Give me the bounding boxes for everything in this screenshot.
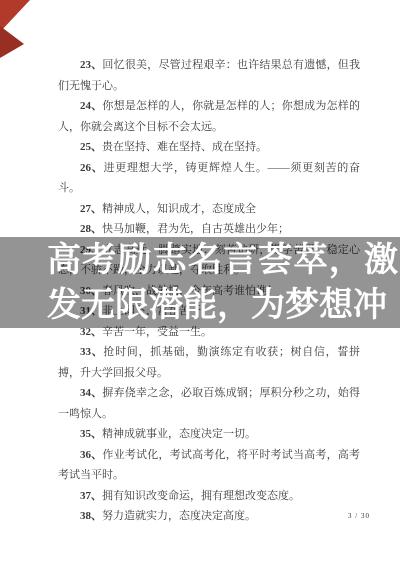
quote-number: 24、 <box>80 100 102 112</box>
page-number: 3 / 30 <box>348 512 370 520</box>
quote-text: 你想是怎样的人，你就是怎样的人；你想成为怎样的人，你就会离这个目标不会太远。 <box>58 100 360 133</box>
quote-text: 精神成人，知识成才，态度成全 <box>102 203 256 215</box>
quote-number: 38、 <box>80 510 102 522</box>
quote-item: 24、你想是怎样的人，你就是怎样的人；你想成为怎样的人，你就会离这个目标不会太远… <box>58 96 360 137</box>
quote-item: 37、拥有知识改变命运，拥有理想改变态度。 <box>58 486 360 507</box>
quote-text: 努力造就实力，态度决定高度。 <box>102 510 256 522</box>
quote-text: 贵在坚持、难在坚持、成在坚持。 <box>102 141 267 153</box>
quote-number: 34、 <box>80 387 102 399</box>
quote-number: 28、 <box>80 223 102 235</box>
quote-text: 精神成就事业，态度决定一切。 <box>102 428 256 440</box>
quote-number: 35、 <box>80 428 102 440</box>
quote-item: 33、抢时间，抓基础，勤演练定有收获；树自信，誓拼搏，升大学回报父母。 <box>58 342 360 383</box>
quote-number: 27、 <box>80 203 102 215</box>
quote-item: 25、贵在坚持、难在坚持、成在坚持。 <box>58 137 360 158</box>
quote-item: 26、进更理想大学，铸更辉煌人生。——须更刻苦的奋斗。 <box>58 158 360 199</box>
quote-number: 33、 <box>80 346 103 358</box>
quote-item: 38、努力造就实力，态度决定高度。 <box>58 506 360 527</box>
quote-number: 37、 <box>80 490 102 502</box>
quote-number: 36、 <box>80 449 102 461</box>
banner-title: 高考励志名言荟萃，激发无限潜能，为梦想冲 <box>0 237 400 328</box>
page-corner-ribbon-icon <box>0 0 32 65</box>
quote-text: 摒弃侥幸之念，必取百炼成钢；厚积分秒之功，始得一鸣惊人。 <box>58 387 360 420</box>
quote-text: 进更理想大学，铸更辉煌人生。——须更刻苦的奋斗。 <box>58 162 360 195</box>
quote-item: 34、摒弃侥幸之念，必取百炼成钢；厚积分秒之功，始得一鸣惊人。 <box>58 383 360 424</box>
document-page: 23、回忆很美，尽管过程艰辛：也许结果总有遗憾，但我们无愧于心。24、你想是怎样… <box>0 0 400 566</box>
quote-text: 拥有知识改变命运，拥有理想改变态度。 <box>102 490 300 502</box>
quote-item: 36、作业考试化，考试高考化，将平时考试当高考，高考考试当平时。 <box>58 445 360 486</box>
quote-text: 抢时间，抓基础，勤演练定有收获；树自信，誓拼搏，升大学回报父母。 <box>58 346 360 379</box>
quote-text: 回忆很美，尽管过程艰辛：也许结果总有遗憾，但我们无愧于心。 <box>58 59 360 92</box>
quote-number: 23、 <box>80 59 102 71</box>
quote-item: 35、精神成就事业，态度决定一切。 <box>58 424 360 445</box>
quote-item: 23、回忆很美，尽管过程艰辛：也许结果总有遗憾，但我们无愧于心。 <box>58 55 360 96</box>
quote-number: 26、 <box>80 162 103 174</box>
quote-number: 25、 <box>80 141 102 153</box>
title-banner-overlay: 高考励志名言荟萃，激发无限潜能，为梦想冲 <box>0 237 400 328</box>
quote-item: 27、精神成人，知识成才，态度成全 <box>58 199 360 220</box>
quote-text: 快马加鞭，君为先，自古英雄出少年； <box>102 223 289 235</box>
quote-text: 作业考试化，考试高考化，将平时考试当高考，高考考试当平时。 <box>58 449 360 482</box>
